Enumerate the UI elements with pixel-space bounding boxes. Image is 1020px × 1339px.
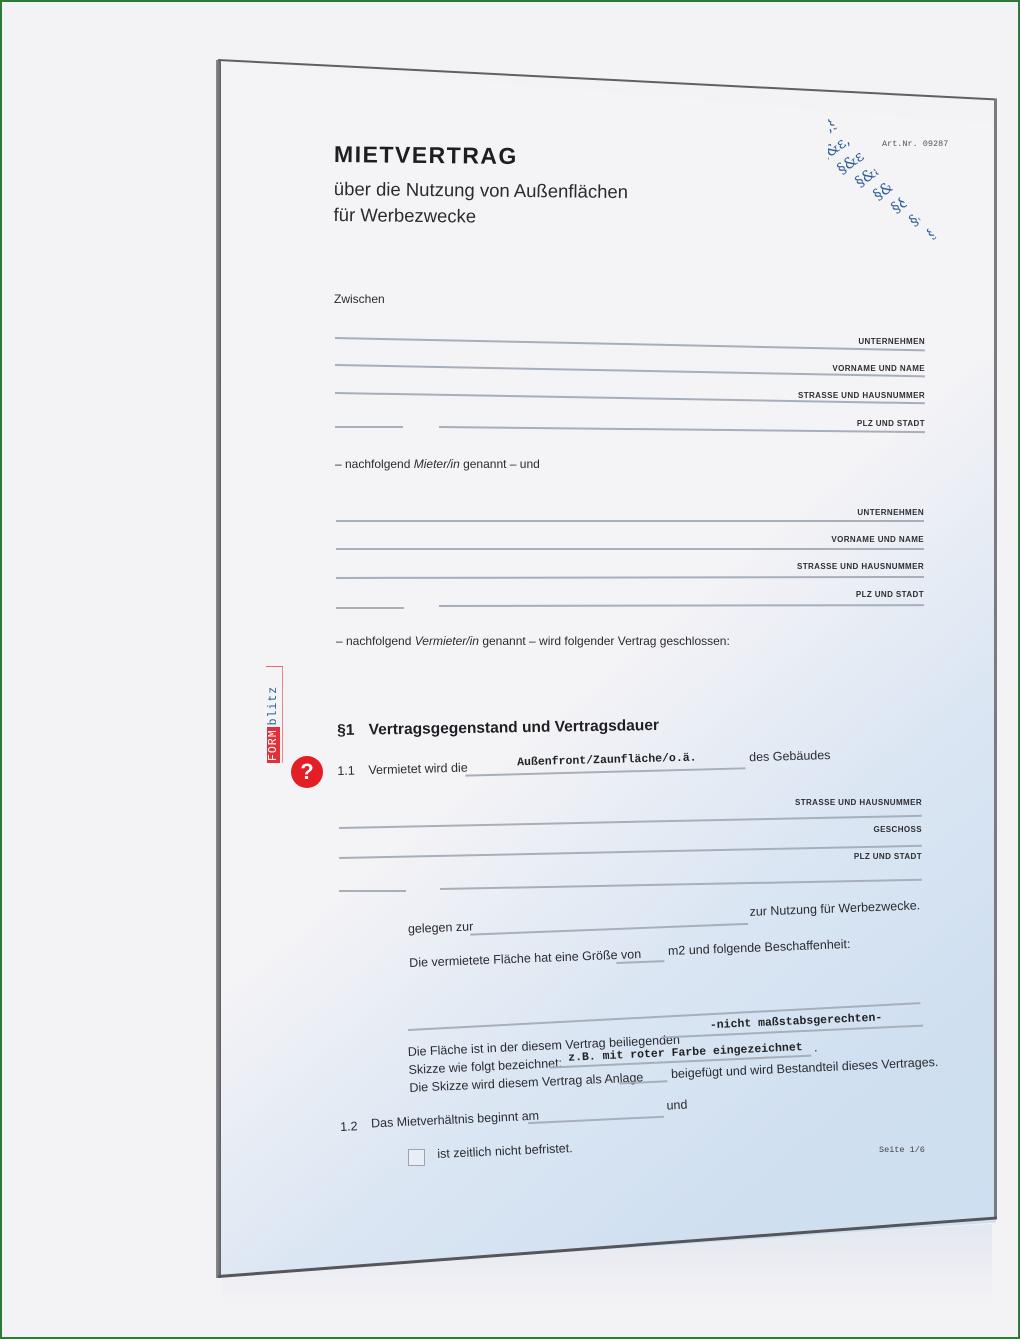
input-line[interactable] [339,890,406,892]
landlord-role: Vermieter/in [415,634,479,648]
input-line[interactable] [336,548,924,550]
field-label: GESCHOSS [722,825,922,834]
field-label: UNTERNEHMEN [724,508,924,517]
section-number: §1 [337,722,355,739]
input-line[interactable] [336,520,924,522]
article-number: Art.Nr. 09287 [882,139,948,149]
field-label: PLZ UND STADT [725,419,925,428]
document-title: MIETVERTRAG [334,141,518,170]
field-label: VORNAME UND NAME [724,535,924,544]
tenant-closing: – nachfolgend Mieter/in genannt – und [335,457,540,471]
field-label: STRASSE UND HAUSNUMMER [724,562,924,571]
input-line[interactable] [336,607,404,609]
landlord-closing: – nachfolgend Vermieter/in genannt – wir… [336,634,730,648]
tenant-role: Mieter/in [414,457,460,471]
object-field-value[interactable]: Außenfront/Zaunfläche/o.ä. [517,752,697,770]
page-number: Seite 1/6 [879,1145,925,1155]
formblitz-logo: FORMblitz [266,666,283,763]
document-subtitle: über die Nutzung von Außenflächen für We… [333,176,628,231]
page-edge-right [994,99,997,1219]
section-title: Vertragsgegenstand und Vertragsdauer [369,717,660,739]
subtitle-line-2: für Werbezwecke [333,202,627,231]
field-label: STRASSE UND HAUSNUMMER [722,798,922,807]
page-edge-left [216,60,221,1278]
field-label: PLZ UND STADT [724,590,924,599]
unlimited-term-checkbox[interactable] [408,1149,425,1166]
field-label: UNTERNEHMEN [725,337,925,346]
help-question-icon[interactable]: ? [291,756,323,788]
input-line[interactable] [335,426,403,428]
field-label: PLZ UND STADT [722,852,922,861]
subtitle-line-1: über die Nutzung von Außenflächen [334,176,628,205]
parties-intro: Zwischen [334,292,385,306]
item-number: 1.2 [340,1119,358,1134]
item-number: 1.1 [337,764,355,778]
item-1-1-prefix: Vermietet wird die [368,761,468,778]
item-1-1-suffix: des Gebäudes [749,748,831,764]
location-field[interactable] [470,923,748,935]
